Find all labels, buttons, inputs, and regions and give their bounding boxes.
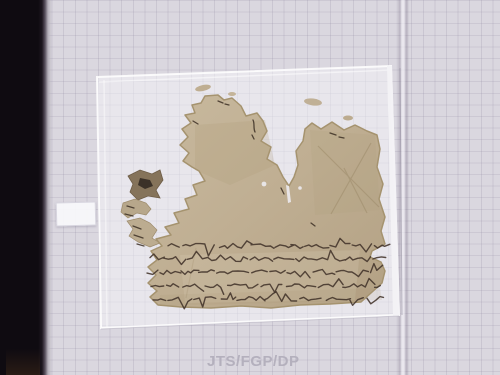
sleeve-and-fragment-canvas (0, 0, 500, 375)
photograph-of-manuscript-fragment: JTS/FGP/DP (0, 0, 500, 375)
watermark: JTS/FGP/DP (207, 353, 300, 370)
